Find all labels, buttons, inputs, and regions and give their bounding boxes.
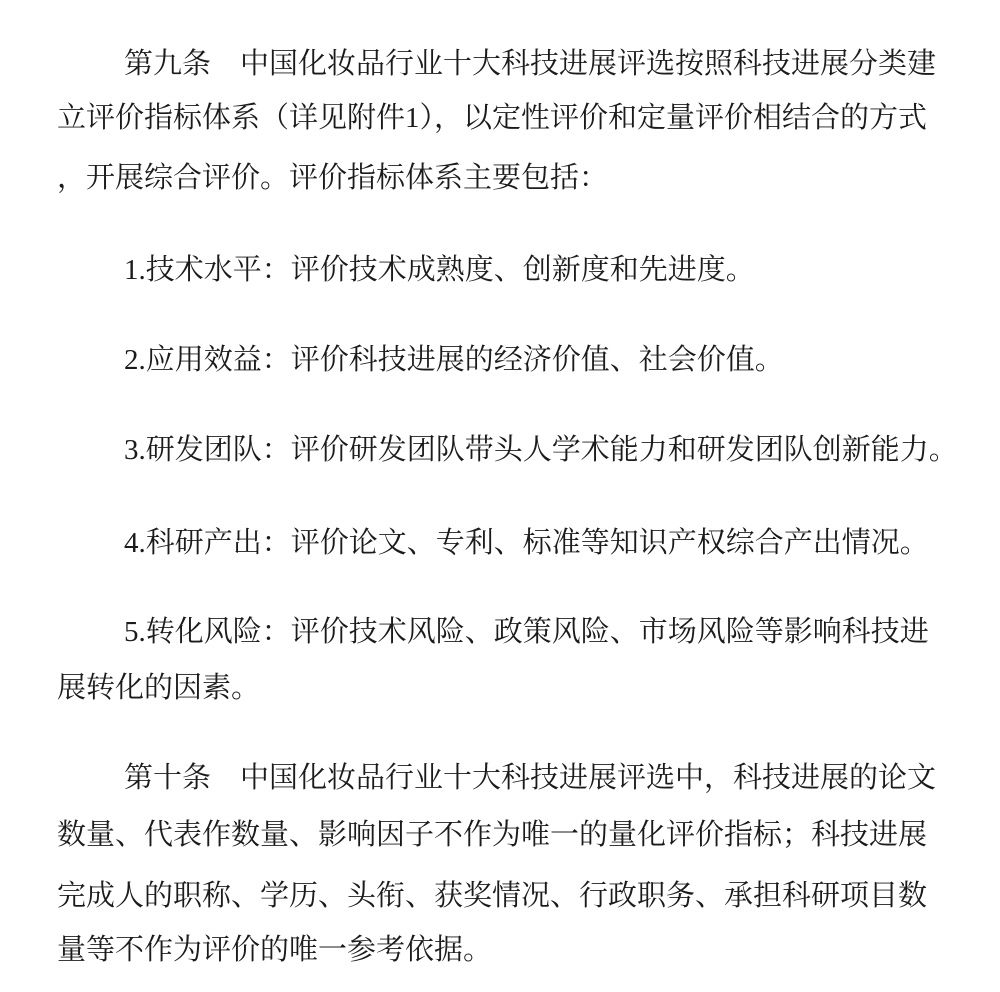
text-line: 数量、代表作数量、影响因子不作为唯一的量化评价指标；科技进展 xyxy=(57,815,927,855)
text-line: 5.转化风险：评价技术风险、政策风险、市场风险等影响科技进 xyxy=(124,612,929,652)
text-line: 第十条 中国化妆品行业十大科技进展评选中，科技进展的论文 xyxy=(124,758,936,798)
text-line: 展转化的因素。 xyxy=(57,668,260,708)
text-line: 完成人的职称、学历、头衔、获奖情况、行政职务、承担科研项目数 xyxy=(57,876,927,916)
text-line: 3.研发团队：评价研发团队带头人学术能力和研发团队创新能力。 xyxy=(124,430,958,470)
document-page: 第九条 中国化妆品行业十大科技进展评选按照科技进展分类建 立评价指标体系（详见附… xyxy=(0,0,1000,992)
text-line: 立评价指标体系（详见附件1），以定性评价和定量评价相结合的方式 xyxy=(57,98,927,138)
text-line: 第九条 中国化妆品行业十大科技进展评选按照科技进展分类建 xyxy=(124,44,936,84)
text-line: ，开展综合评价。评价指标体系主要包括： xyxy=(57,158,608,198)
text-line: 1.技术水平：评价技术成熟度、创新度和先进度。 xyxy=(124,250,755,290)
text-line: 2.应用效益：评价科技进展的经济价值、社会价值。 xyxy=(124,340,784,380)
text-line: 4.科研产出：评价论文、专利、标准等知识产权综合产出情况。 xyxy=(124,523,929,563)
text-line: 量等不作为评价的唯一参考依据。 xyxy=(57,930,492,970)
